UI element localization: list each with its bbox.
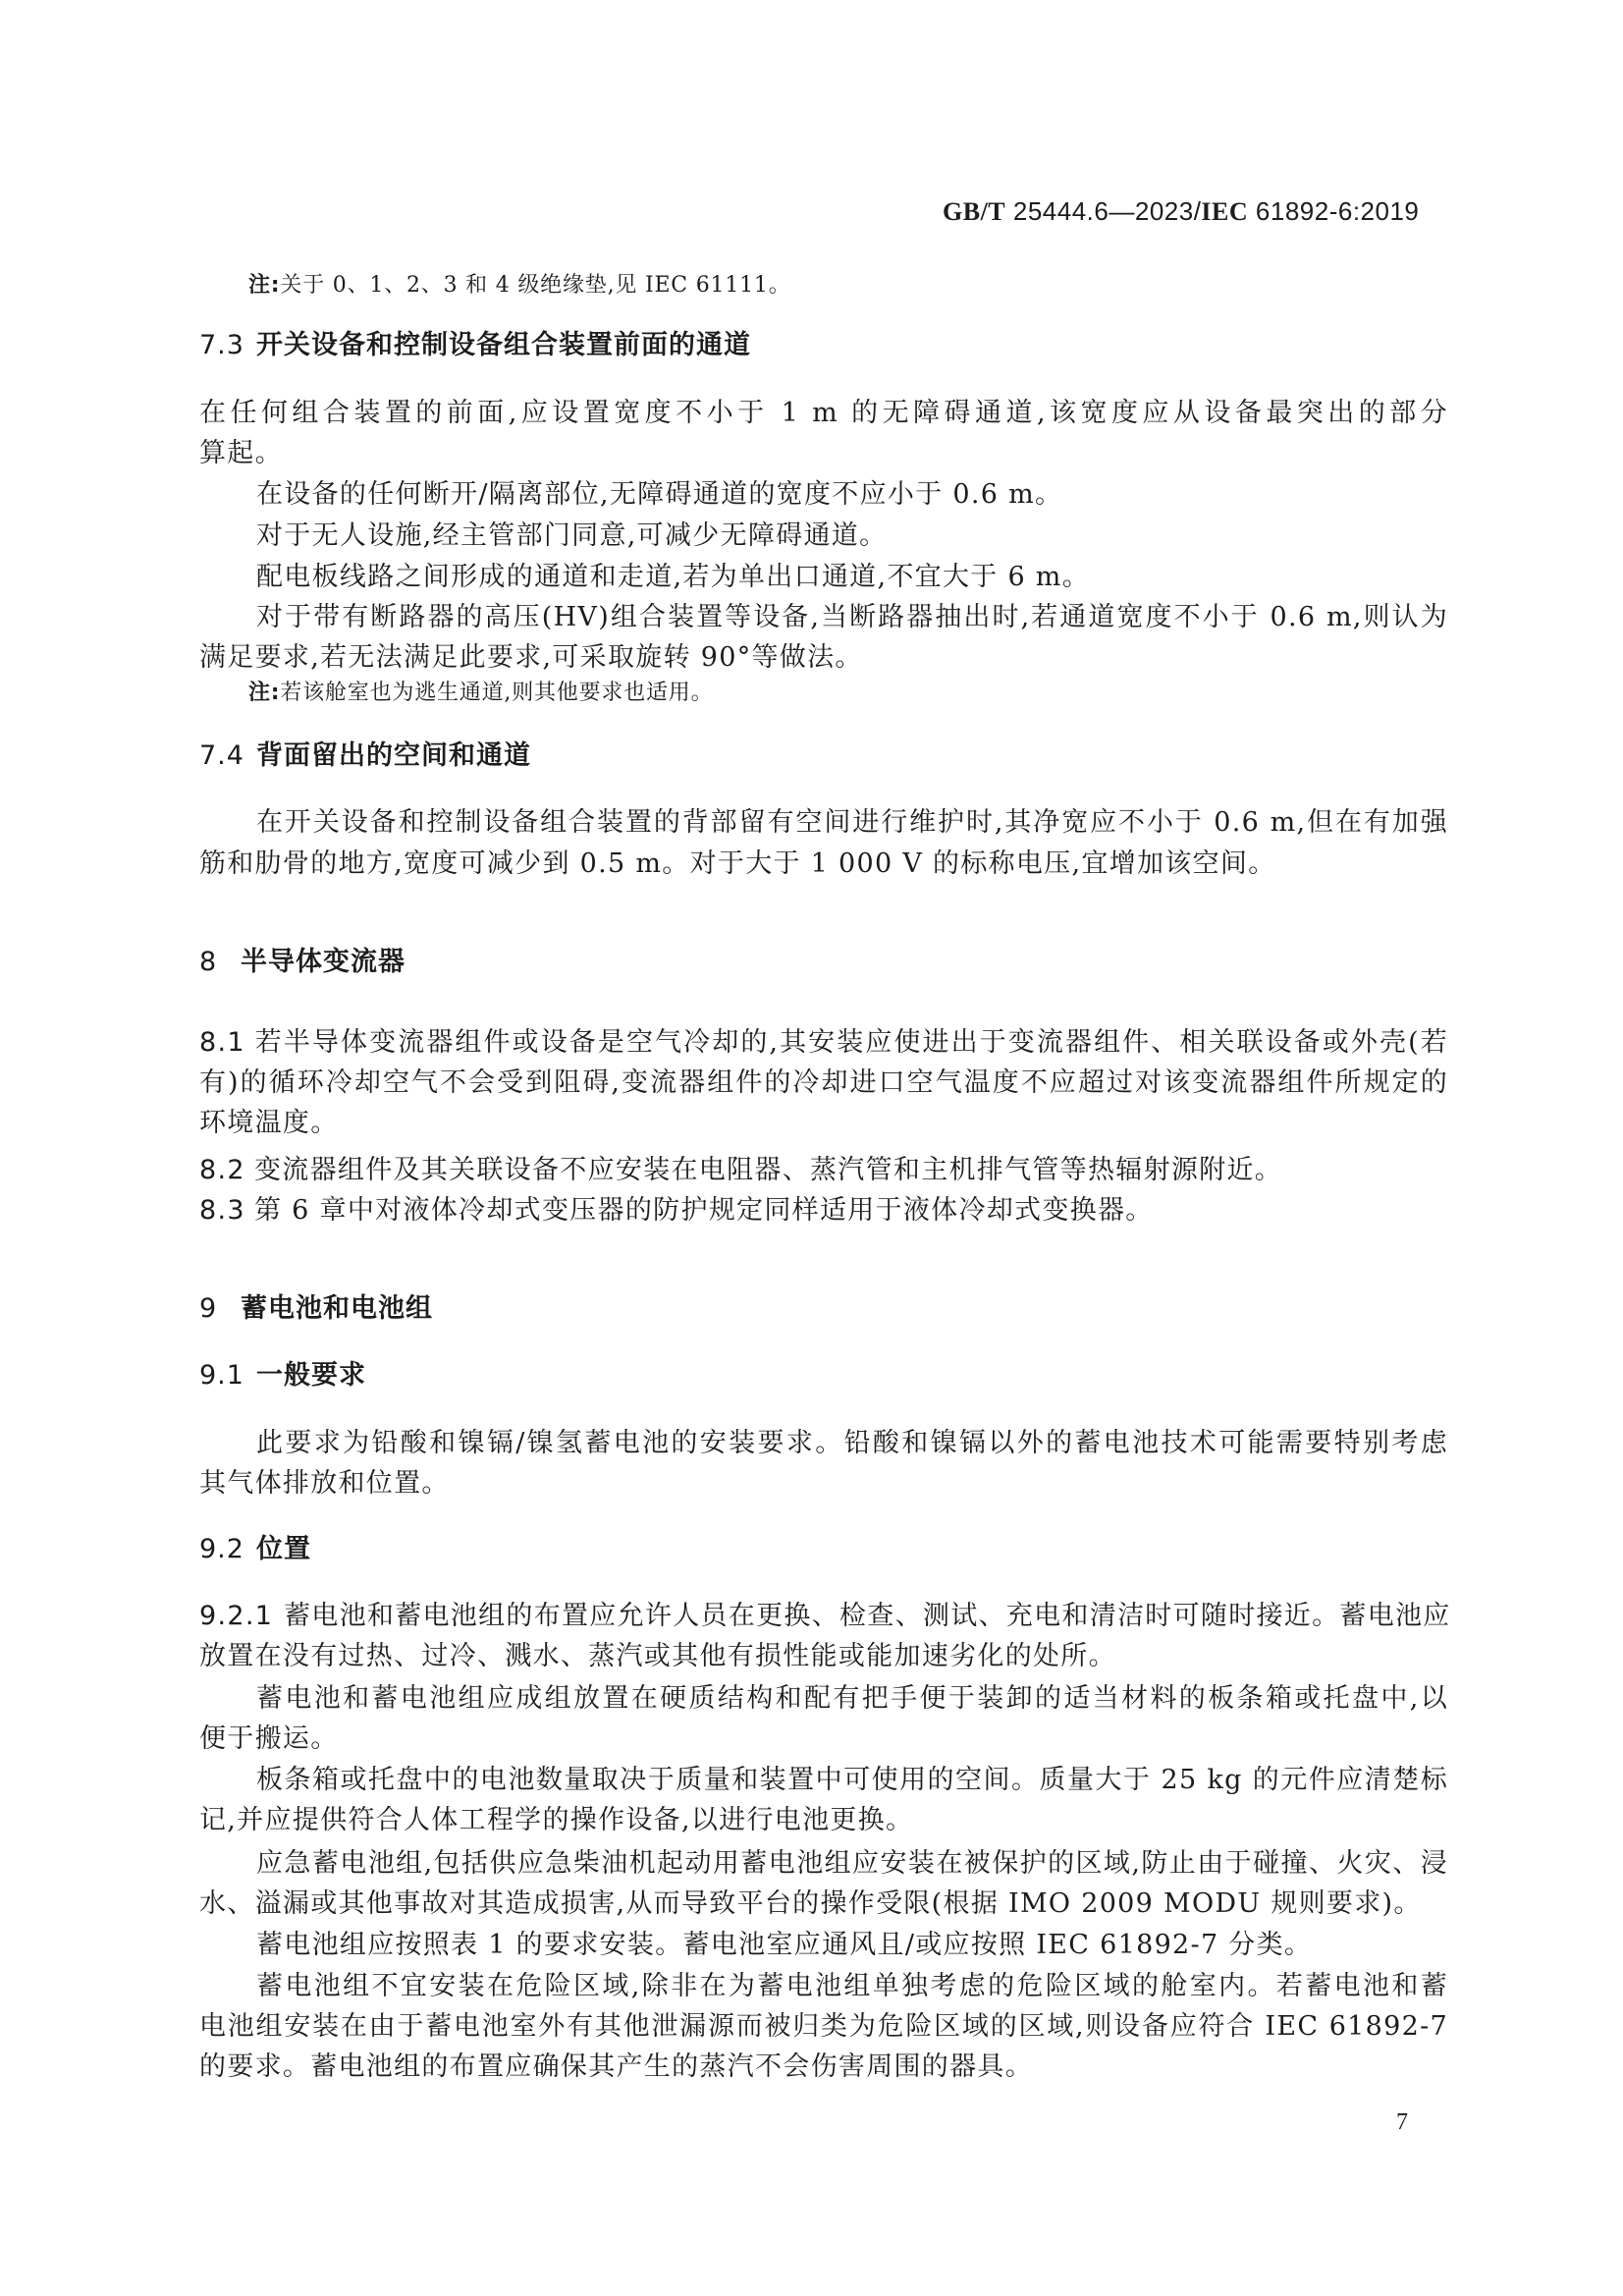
standard-identifier: GB/T 25444.6—2023/IEC 61892-6:2019 xyxy=(943,196,1419,227)
iec-prefix: IEC xyxy=(1201,197,1248,226)
heading-title: 背面留出的空间和通道 xyxy=(256,740,531,771)
paragraph-line: 板条箱或托盘中的电池数量取决于质量和装置中可使用的空间。质量大于 25 kg 的… xyxy=(256,1767,1448,1793)
heading-number: 8 xyxy=(199,949,241,975)
page-number: 7 xyxy=(1396,2109,1408,2136)
standard-prefix: GB/T xyxy=(943,197,1005,226)
heading-9-1: 9.1一般要求 xyxy=(199,1362,366,1389)
paragraph-line: 其气体排放和位置。 xyxy=(199,1470,450,1497)
clause-text: 若半导体变流器组件或设备是空气冷却的,其安装应使进出于变流器组件、相关联设备或外… xyxy=(254,1027,1448,1058)
paragraph-line: 记,并应提供符合人体工程学的操作设备,以进行电池更换。 xyxy=(199,1807,913,1833)
heading-9-2: 9.2位置 xyxy=(199,1536,311,1562)
note-text: 若该舱室也为逃生通道,则其他要求也适用。 xyxy=(280,681,713,705)
heading-number: 7.4 xyxy=(199,742,256,769)
paragraph-line: 应急蓄电池组,包括供应急柴油机起动用蓄电池组应安装在被保护的区域,防止由于碰撞、… xyxy=(256,1850,1448,1877)
clause-text: 变流器组件及其关联设备不应安装在电阻器、蒸汽管和主机排气管等热辐射源附近。 xyxy=(254,1155,1282,1185)
clause-number: 8.3 xyxy=(199,1197,254,1224)
heading-7-4: 7.4背面留出的空间和通道 xyxy=(199,742,531,769)
paragraph-line: 在任何组合装置的前面,应设置宽度不小于 1 m 的无障碍通道,该宽度应从设备最突… xyxy=(199,400,1448,426)
note-text: 关于 0、1、2、3 和 4 级绝缘垫,见 IEC 61111。 xyxy=(280,273,790,298)
paragraph-line: 电池组安装在由于蓄电池室外有其他泄漏源而被归类为危险区域的区域,则设备应符合 I… xyxy=(199,2013,1448,2040)
paragraph-line: 便于搬运。 xyxy=(199,1725,339,1752)
heading-8: 8半导体变流器 xyxy=(199,949,406,975)
clause-text: 第 6 章中对液体冷却式变压器的防护规定同样适用于液体冷却式变换器。 xyxy=(254,1195,1154,1226)
heading-number: 9.2 xyxy=(199,1536,256,1562)
heading-title: 位置 xyxy=(256,1534,311,1564)
paragraph-line: 放置在没有过热、过冷、溅水、蒸汽或其他有损性能或能加速劣化的处所。 xyxy=(199,1643,1116,1669)
heading-title: 开关设备和控制设备组合装置前面的通道 xyxy=(256,330,751,360)
paragraph-line: 此要求为铅酸和镍镉/镍氢蓄电池的安装要求。铅酸和镍镉以外的蓄电池技术可能需要特别… xyxy=(256,1430,1448,1456)
heading-number: 7.3 xyxy=(199,332,256,358)
clause-number: 9.2.1 xyxy=(199,1603,284,1629)
paragraph-line: 对于带有断路器的高压(HV)组合装置等设备,当断路器抽出时,若通道宽度不小于 0… xyxy=(256,604,1448,630)
note-label: 注: xyxy=(248,681,280,705)
document-page: GB/T 25444.6—2023/IEC 61892-6:2019 注:关于 … xyxy=(0,0,1623,2296)
clause-9-2-1-line: 9.2.1蓄电池和蓄电池组的布置应允许人员在更换、检查、测试、充电和清洁时可随时… xyxy=(199,1603,1448,1629)
clause-number: 8.2 xyxy=(199,1157,254,1183)
paragraph-line: 算起。 xyxy=(199,440,283,466)
paragraph-line: 配电板线路之间形成的通道和走道,若为单出口通道,不宜大于 6 m。 xyxy=(256,564,1090,590)
clause-8-3-line: 8.3第 6 章中对液体冷却式变压器的防护规定同样适用于液体冷却式变换器。 xyxy=(199,1197,1154,1224)
paragraph-line: 对于无人设施,经主管部门同意,可减少无障碍通道。 xyxy=(256,522,887,549)
note-insulating-mats: 注:关于 0、1、2、3 和 4 级绝缘垫,见 IEC 61111。 xyxy=(248,275,791,297)
heading-title: 半导体变流器 xyxy=(241,947,406,977)
heading-number: 9 xyxy=(199,1295,241,1322)
paragraph-line: 蓄电池组不宜安装在危险区域,除非在为蓄电池组单独考虑的危险区域的舱室内。若蓄电池… xyxy=(256,1973,1448,1999)
paragraph-line: 满足要求,若无法满足此要求,可采取旋转 90°等做法。 xyxy=(199,644,863,671)
heading-title: 蓄电池和电池组 xyxy=(241,1293,433,1324)
clause-text: 蓄电池和蓄电池组的布置应允许人员在更换、检查、测试、充电和清洁时可随时接近。蓄电… xyxy=(284,1601,1451,1631)
standard-number: 25444.6—2023/ xyxy=(1013,196,1202,226)
heading-7-3: 7.3开关设备和控制设备组合装置前面的通道 xyxy=(199,332,751,358)
heading-title: 一般要求 xyxy=(256,1360,366,1391)
paragraph-line: 蓄电池和蓄电池组应成组放置在硬质结构和配有把手便于装卸的适当材料的板条箱或托盘中… xyxy=(256,1685,1448,1712)
clause-8-1-line: 8.1若半导体变流器组件或设备是空气冷却的,其安装应使进出于变流器组件、相关联设… xyxy=(199,1029,1448,1056)
paragraph-line: 环境温度。 xyxy=(199,1110,339,1136)
clause-8-2-line: 8.2变流器组件及其关联设备不应安装在电阻器、蒸汽管和主机排气管等热辐射源附近。 xyxy=(199,1157,1282,1183)
paragraph-line: 水、溢漏或其他事故对其造成损害,从而导致平台的操作受限(根据 IMO 2009 … xyxy=(199,1890,1422,1917)
paragraph-line: 的要求。蓄电池组的布置应确保其产生的蒸汽不会伤害周围的器具。 xyxy=(199,2053,1033,2080)
heading-number: 9.1 xyxy=(199,1362,256,1389)
paragraph-line: 在设备的任何断开/隔离部位,无障碍通道的宽度不应小于 0.6 m。 xyxy=(256,481,1062,508)
clause-number: 8.1 xyxy=(199,1029,254,1056)
paragraph-line: 蓄电池组应按照表 1 的要求安装。蓄电池室应通风且/或应按照 IEC 61892… xyxy=(256,1932,1312,1958)
paragraph-line: 有)的循环冷却空气不会受到阻碍,变流器组件的冷却进口空气温度不应超过对该变流器组… xyxy=(199,1069,1448,1096)
note-label: 注: xyxy=(248,273,280,298)
iec-number: 61892-6:2019 xyxy=(1256,196,1419,226)
paragraph-line: 筋和肋骨的地方,宽度可减少到 0.5 m。对于大于 1 000 V 的标称电压,… xyxy=(199,850,1276,877)
note-escape-route: 注:若该舱室也为逃生通道,则其他要求也适用。 xyxy=(248,683,713,704)
paragraph-line: 在开关设备和控制设备组合装置的背部留有空间进行维护时,其净宽应不小于 0.6 m… xyxy=(256,809,1448,836)
heading-9: 9蓄电池和电池组 xyxy=(199,1295,433,1322)
